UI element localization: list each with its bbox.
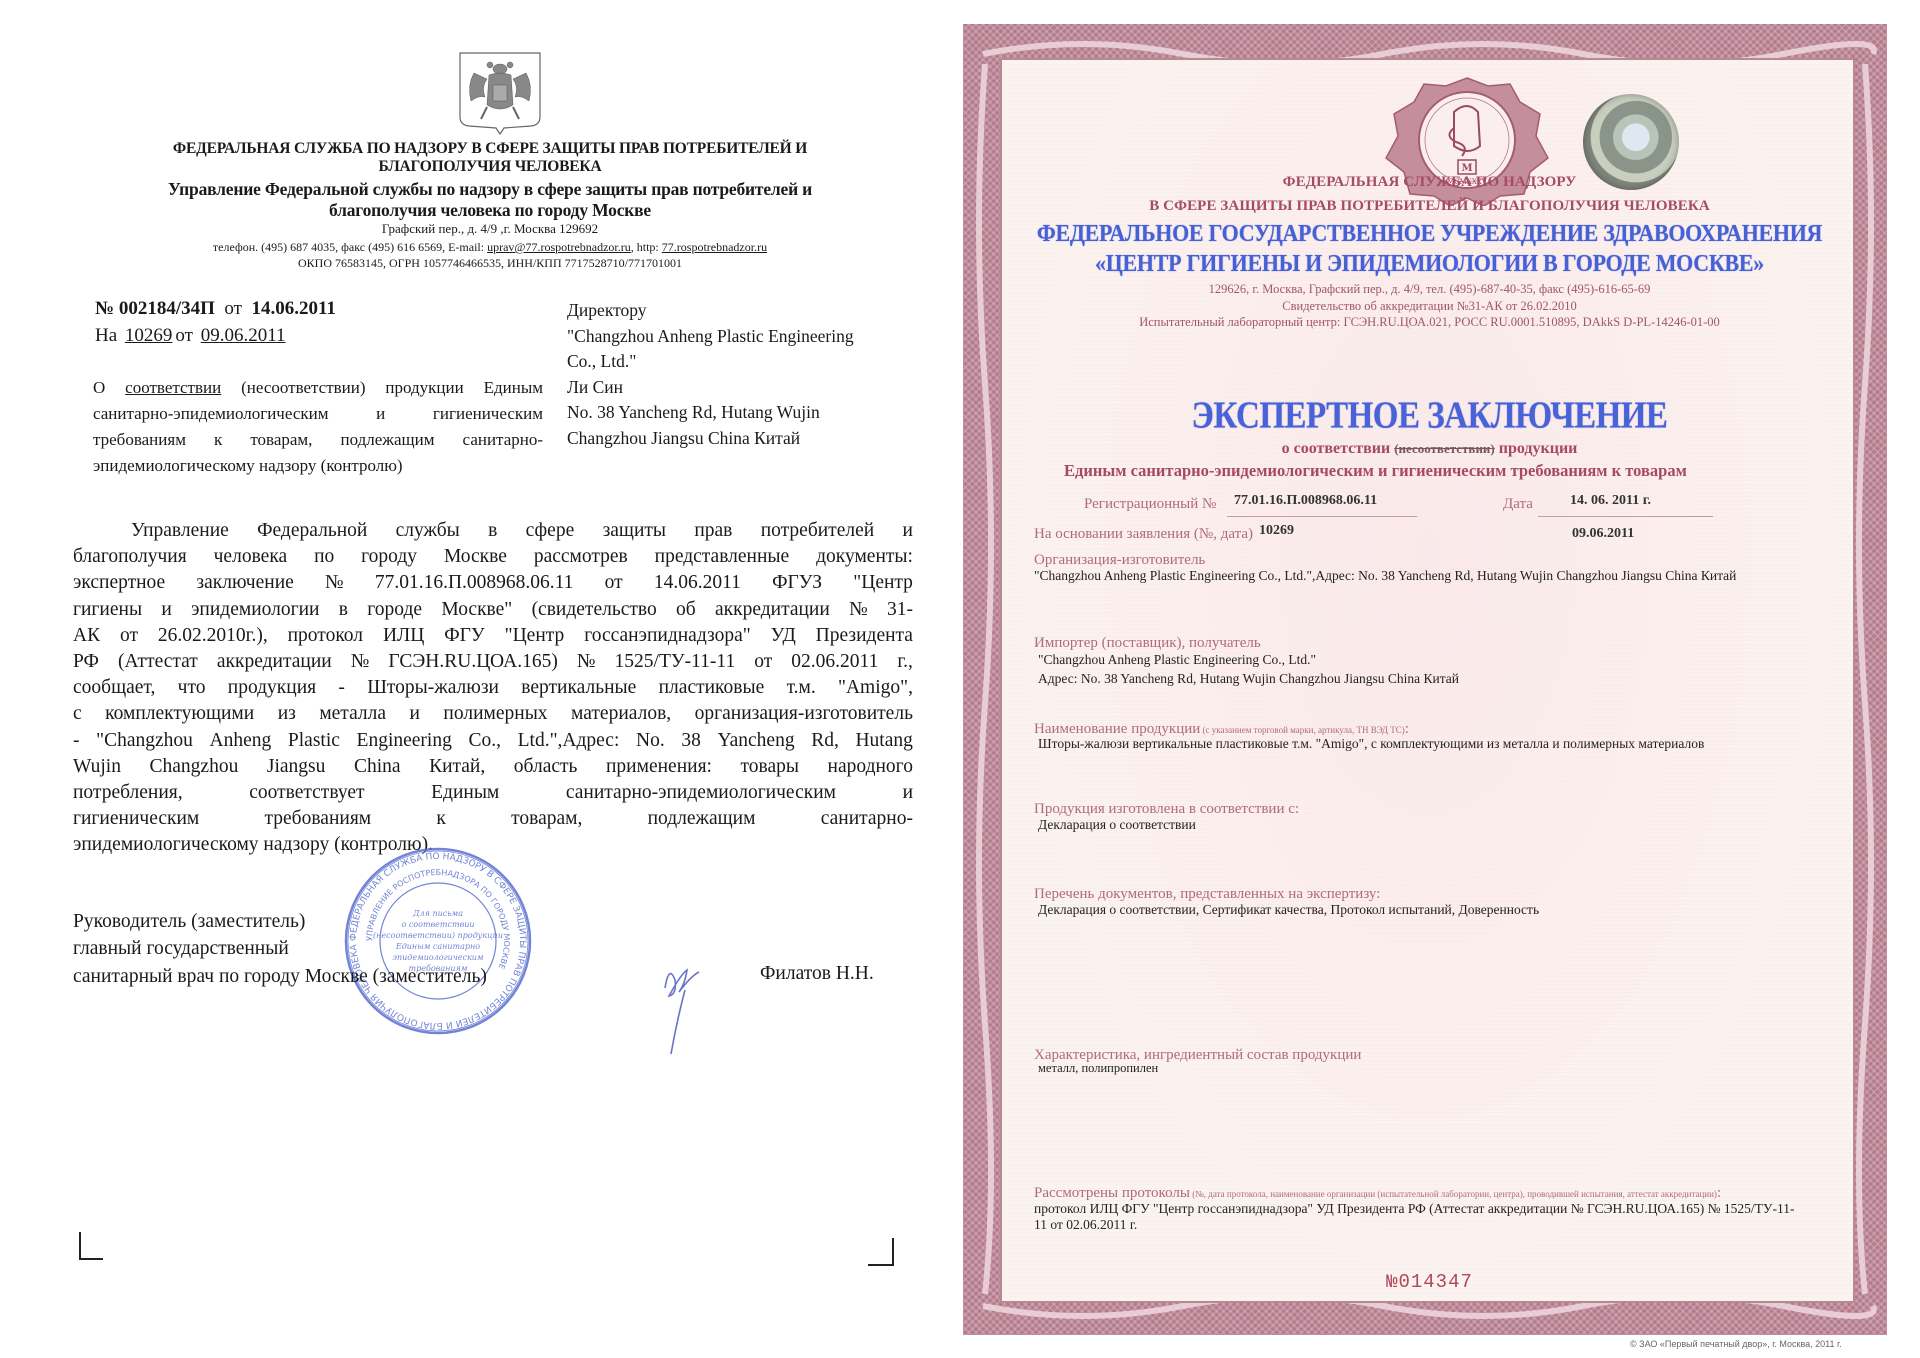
subject-line: эпидемиологическому надзору (контролю): [93, 453, 543, 479]
cert-address: 129626, г. Москва, Графский пер., д. 4/9…: [1002, 282, 1857, 297]
importer-name: "Changzhou Anheng Plastic Engineering Co…: [1038, 652, 1316, 668]
subject-line: О соответствии (несоответствии) продукци…: [93, 375, 543, 401]
signer-title-line1: Руководитель (заместитель): [73, 908, 305, 935]
body-line: АКот26.02.2010г.),протоколИЛЦФГУ"Центрго…: [73, 623, 913, 649]
body-line: гигиеныиэпидемиологиивгородеМоскве"(свид…: [73, 597, 913, 623]
reply-prefix: На: [95, 325, 122, 346]
reg-number-underline: [1227, 516, 1417, 517]
made-per-value: Декларация о соответствии: [1038, 817, 1196, 833]
importer-address: Адрес: No. 38 Yancheng Rd, Hutang Wujin …: [1038, 671, 1459, 687]
subject-underlined: соответствии: [125, 378, 221, 397]
body-line: благополучиячеловекапогородуМоскверассмо…: [73, 544, 913, 570]
certificate-serial-number: №014347: [1002, 1271, 1857, 1293]
handwritten-signature: [655, 950, 715, 1060]
recipient-address: Директору "Changzhou Anheng Plastic Engi…: [567, 298, 854, 451]
recipient-line: "Changzhou Anheng Plastic Engineering: [567, 324, 854, 350]
official-stamp: ФЕДЕРАЛЬНАЯ СЛУЖБА ПО НАДЗОРУ В СФЕРЕ ЗА…: [343, 846, 533, 1036]
subject-rest: (несоответствии) продукции Единым: [221, 378, 543, 397]
body-line: УправлениеФедеральнойслужбывсферезащитып…: [73, 518, 913, 544]
protocols-value-line2: 11 от 02.06.2011 г.: [1034, 1217, 1137, 1233]
subtitle-struck: (несоответствии): [1394, 441, 1495, 456]
signer-name: Филатов Н.Н.: [760, 963, 874, 985]
reg-date-underline: [1538, 516, 1713, 517]
outgoing-reference: № 002184/34П от 14.06.2011: [95, 298, 336, 320]
body-line: сообщает,чтопродукция-Шторы-жалюзивертик…: [73, 675, 913, 701]
reply-from: от: [175, 325, 197, 346]
reg-number-value: 77.01.16.П.008968.06.11: [1234, 493, 1377, 509]
expert-conclusion-certificate: M MCMXXXV ФЕДЕРАЛЬНАЯ СЛУЖБА ПО НАДЗОРУ …: [963, 24, 1887, 1335]
office-name-line2: благополучия человека по городу Москве: [120, 200, 860, 221]
reg-number-label: Регистрационный №: [1084, 496, 1216, 513]
email-link[interactable]: uprav@77.rospotrebnadzor.ru: [487, 240, 631, 254]
importer-label: Импортер (поставщик), получатель: [1034, 635, 1261, 652]
corner-mark-bottom-right: [868, 1238, 894, 1266]
composition-value: металл, полипропилен: [1038, 1061, 1158, 1076]
recipient-line: Ли Син: [567, 375, 854, 401]
cert-subtitle-line2: Единым санитарно-эпидемиологическим и ги…: [1064, 461, 1687, 481]
cert-accreditation: Свидетельство об аккредитации №31-АК от …: [1002, 299, 1857, 314]
ref-number: 002184/34П: [119, 298, 215, 319]
office-address: Графский пер., д. 4/9 ,г. Москва 129692: [120, 221, 860, 237]
office-contacts: телефон. (495) 687 4035, факс (495) 616 …: [120, 240, 860, 255]
cert-title: ЭКСПЕРТНОЕ ЗАКЛЮЧЕНИЕ: [1002, 395, 1857, 438]
svg-text:о соответствии: о соответствии: [401, 920, 474, 929]
application-label: На основании заявления (№, дата): [1034, 526, 1253, 543]
body-line: потребления,соответствуетЕдинымсанитарно…: [73, 780, 913, 806]
recipient-line: No. 38 Yancheng Rd, Hutang Wujin: [567, 400, 854, 426]
subject-line: санитарно-эпидемиологическим и гигиениче…: [93, 401, 543, 427]
reply-date: 09.06.2011: [198, 325, 289, 347]
manufacturer-label: Организация-изготовитель: [1034, 552, 1205, 569]
letter-body: УправлениеФедеральнойслужбывсферезащитып…: [73, 518, 913, 859]
cert-service-line1: ФЕДЕРАЛЬНАЯ СЛУЖБА ПО НАДЗОРУ: [1002, 174, 1857, 191]
subject-line: требованиям к товарам, подлежащим санита…: [93, 427, 543, 453]
cert-institution-line1: ФЕДЕРАЛЬНОЕ ГОСУДАРСТВЕННОЕ УЧРЕЖДЕНИЕ З…: [1002, 218, 1857, 247]
signer-title-line3: санитарный врач по городу Москве (замест…: [73, 963, 487, 990]
office-registry: ОКПО 76583145, ОГРН 1057746466535, ИНН/К…: [120, 256, 860, 271]
agency-name-line2: БЛАГОПОЛУЧИЯ ЧЕЛОВЕКА: [120, 158, 860, 176]
svg-text:Единым санитарно: Единым санитарно: [395, 942, 480, 951]
reg-date-label: Дата: [1503, 496, 1533, 513]
application-date: 09.06.2011: [1572, 526, 1634, 542]
body-line: экспертноезаключение№77.01.16.П.008968.0…: [73, 570, 913, 596]
russian-coat-of-arms-icon: [457, 51, 543, 135]
protocols-value-line1: протокол ИЛЦ ФГУ "Центр госсанэпиднадзор…: [1034, 1201, 1794, 1217]
contacts-mid: , http:: [631, 240, 662, 254]
contacts-prefix: телефон. (495) 687 4035, факс (495) 616 …: [213, 240, 487, 254]
body-line: WujinChangzhouJiangsuChinaКитай,областьп…: [73, 754, 913, 780]
protocols-label-main: Рассмотрены протоколы: [1034, 1185, 1190, 1201]
subtitle-suffix: продукции: [1495, 440, 1578, 457]
svg-text:(несоответствии) продукции: (несоответствии) продукции: [373, 931, 503, 940]
product-label-main: Наименование продукции: [1034, 721, 1200, 737]
svg-text:эпидемиологическим: эпидемиологическим: [392, 953, 483, 962]
reg-date-value: 14. 06. 2011 г.: [1570, 493, 1651, 509]
incoming-reference: На 10269от 09.06.2011: [95, 325, 289, 347]
manufacturer-value: "Changzhou Anheng Plastic Engineering Co…: [1034, 568, 1736, 584]
cert-institution-line2: «ЦЕНТР ГИГИЕНЫ И ЭПИДЕМИОЛОГИИ В ГОРОДЕ …: [1002, 248, 1857, 277]
application-number: 10269: [1259, 523, 1294, 539]
office-name-line1: Управление Федеральной службы по надзору…: [120, 179, 860, 200]
letter-document: ФЕДЕРАЛЬНАЯ СЛУЖБА ПО НАДЗОРУ В СФЕРЕ ЗА…: [0, 0, 960, 1358]
cert-service-line2: В СФЕРЕ ЗАЩИТЫ ПРАВ ПОТРЕБИТЕЛЕЙ И БЛАГО…: [1002, 198, 1857, 215]
letter-subject: О соответствии (несоответствии) продукци…: [93, 375, 543, 479]
ref-number-prefix: №: [95, 298, 119, 319]
body-line: гигиеническимтребованиямктоварам,подлежа…: [73, 806, 913, 832]
signer-title-line2: главный государственный: [73, 935, 289, 962]
body-line: скомплектующимиизметаллаиполимерныхматер…: [73, 701, 913, 727]
documents-label: Перечень документов, представленных на э…: [1034, 886, 1380, 903]
documents-value: Декларация о соответствии, Сертификат ка…: [1038, 902, 1539, 918]
product-label-colon: :: [1405, 721, 1409, 737]
ref-date: 14.06.2011: [251, 298, 335, 319]
agency-name-line1: ФЕДЕРАЛЬНАЯ СЛУЖБА ПО НАДЗОРУ В СФЕРЕ ЗА…: [120, 140, 860, 158]
svg-text:ФЕДЕРАЛЬНАЯ СЛУЖБА ПО НАДЗОРУ: ФЕДЕРАЛЬНАЯ СЛУЖБА ПО НАДЗОРУ В СФЕРЕ ЗА…: [349, 852, 527, 1030]
svg-text:Для письма: Для письма: [412, 909, 463, 918]
ref-from: от: [224, 298, 242, 319]
cert-subtitle: о соответствии (несоответствии) продукци…: [1002, 440, 1857, 458]
body-line: РФ(Аттестатаккредитации№ГСЭН.RU.ЦОА.165)…: [73, 649, 913, 675]
protocols-label-colon: :: [1717, 1185, 1721, 1201]
recipient-line: Co., Ltd.": [567, 349, 854, 375]
recipient-line: Директору: [567, 298, 854, 324]
website-link[interactable]: 77.rospotrebnadzor.ru: [662, 240, 767, 254]
cert-lab: Испытательный лабораторный центр: ГСЭН.R…: [1002, 315, 1857, 330]
product-value: Шторы-жалюзи вертикальные пластиковые т.…: [1038, 736, 1704, 752]
protocols-label: Рассмотрены протоколы (№, дата протокола…: [1034, 1184, 1721, 1202]
reply-number: 10269: [122, 325, 176, 347]
made-per-label: Продукция изготовлена в соответствии с:: [1034, 801, 1299, 818]
protocols-label-note: (№, дата протокола, наименование организ…: [1190, 1189, 1717, 1199]
printer-copyright: © ЗАО «Первый печатный двор», г. Москва,…: [1630, 1339, 1842, 1349]
subject-prefix: О: [93, 378, 125, 397]
recipient-line: Changzhou Jiangsu China Китай: [567, 426, 854, 452]
subtitle-prefix: о соответствии: [1282, 440, 1395, 457]
body-line: -"ChangzhouAnhengPlasticEngineeringCo.,L…: [73, 728, 913, 754]
certificate-body: M MCMXXXV ФЕДЕРАЛЬНАЯ СЛУЖБА ПО НАДЗОРУ …: [1000, 58, 1855, 1303]
product-label-note: (с указанием торговой марки, артикула, Т…: [1200, 725, 1404, 735]
svg-text:M: M: [1461, 163, 1472, 174]
corner-mark-bottom-left: [79, 1232, 103, 1260]
